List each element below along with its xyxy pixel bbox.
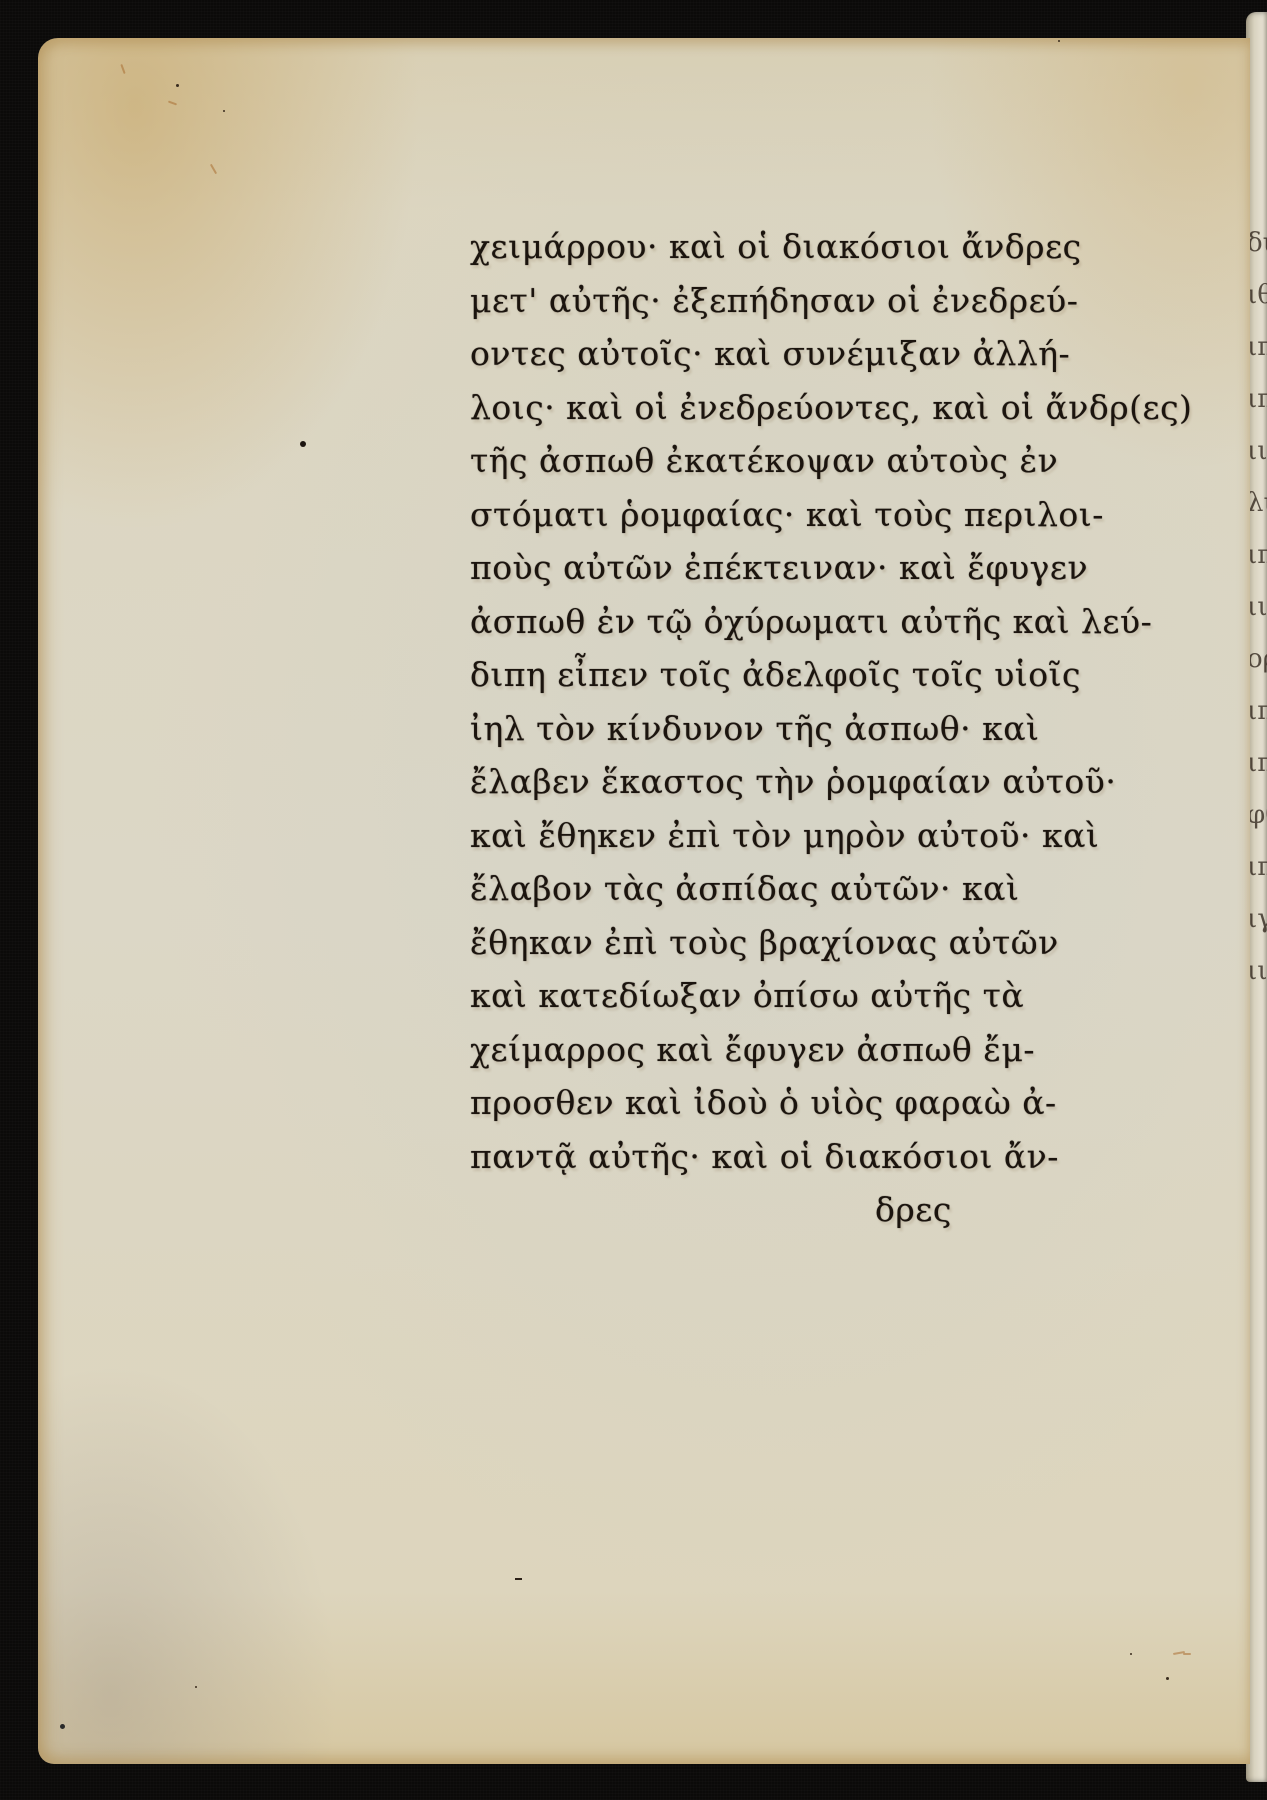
paper-speck bbox=[195, 1686, 197, 1688]
catchword: δρες bbox=[470, 1183, 1050, 1237]
text-line: μετ' αὐτῆς· ἐξεπήδησαν οἱ ἐνεδρεύ- bbox=[470, 274, 1050, 328]
text-line: καὶ κατεδίωξαν ὀπίσω αὐτῆς τὰ bbox=[470, 969, 1050, 1023]
text-line: ποὺς αὐτῶν ἐπέκτειναν· καὶ ἔφυγεν bbox=[470, 541, 1050, 595]
paper-fiber bbox=[1183, 1653, 1191, 1655]
text-line: παντᾷ αὐτῆς· καὶ οἱ διακόσιοι ἄν- bbox=[470, 1130, 1050, 1184]
paper-speck bbox=[176, 84, 179, 87]
text-line: τῆς ἀσπωθ ἐκατέκοψαν αὐτοὺς ἐν bbox=[470, 434, 1050, 488]
paper-speck bbox=[223, 110, 225, 112]
text-line: στόματι ῥομφαίας· καὶ τοὺς περιλοι- bbox=[470, 488, 1050, 542]
text-line: προσθεν καὶ ἰδοὺ ὁ υἱὸς φαραὼ ἀ- bbox=[470, 1076, 1050, 1130]
facing-page-text: διά ιθ. ιπ ιπο ιιι λιλ ιπο ιιπο ορκ ιπ ι… bbox=[1247, 217, 1267, 997]
text-line: ἔλαβον τὰς ἀσπίδας αὐτῶν· καὶ bbox=[470, 862, 1050, 916]
paper-speck bbox=[1058, 40, 1060, 42]
text-line: ἀσπωθ ἐν τῷ ὀχύρωματι αὐτῆς καὶ λεύ- bbox=[470, 595, 1050, 649]
text-line: διπη εἶπεν τοῖς ἀδελφοῖς τοῖς υἱοῖς bbox=[470, 648, 1050, 702]
text-line: ἔλαβεν ἕκαστος τὴν ῥομφαίαν αὐτοῦ· bbox=[470, 755, 1050, 809]
text-line: ἔθηκαν ἐπὶ τοὺς βραχίονας αὐτῶν bbox=[470, 916, 1050, 970]
paper-speck bbox=[1166, 1677, 1169, 1680]
text-line: χειμάρρου· καὶ οἱ διακόσιοι ἄνδρες bbox=[470, 220, 1050, 274]
marginal-dash bbox=[515, 1578, 522, 1580]
paper-fiber bbox=[120, 64, 125, 74]
marginal-ink-dot bbox=[300, 441, 306, 447]
manuscript-text: χειμάρρου· καὶ οἱ διακόσιοι ἄνδρες μετ' … bbox=[470, 220, 1050, 1237]
paper-speck bbox=[60, 1724, 65, 1729]
paper-fiber bbox=[168, 101, 177, 106]
paper-fiber bbox=[210, 164, 217, 175]
text-line: λοις· καὶ οἱ ἐνεδρεύοντες, καὶ οἱ ἄνδρ(ε… bbox=[470, 381, 1050, 435]
text-line: χείμαρρος καὶ ἔφυγεν ἀσπωθ ἔμ- bbox=[470, 1023, 1050, 1077]
text-line: οντες αὐτοῖς· καὶ συνέμιξαν ἀλλή- bbox=[470, 327, 1050, 381]
text-line: ἰηλ τὸν κίνδυνον τῆς ἀσπωθ· καὶ bbox=[470, 702, 1050, 756]
text-line: καὶ ἔθηκεν ἐπὶ τὸν μηρὸν αὐτοῦ· καὶ bbox=[470, 809, 1050, 863]
paper-speck bbox=[1130, 1653, 1132, 1655]
